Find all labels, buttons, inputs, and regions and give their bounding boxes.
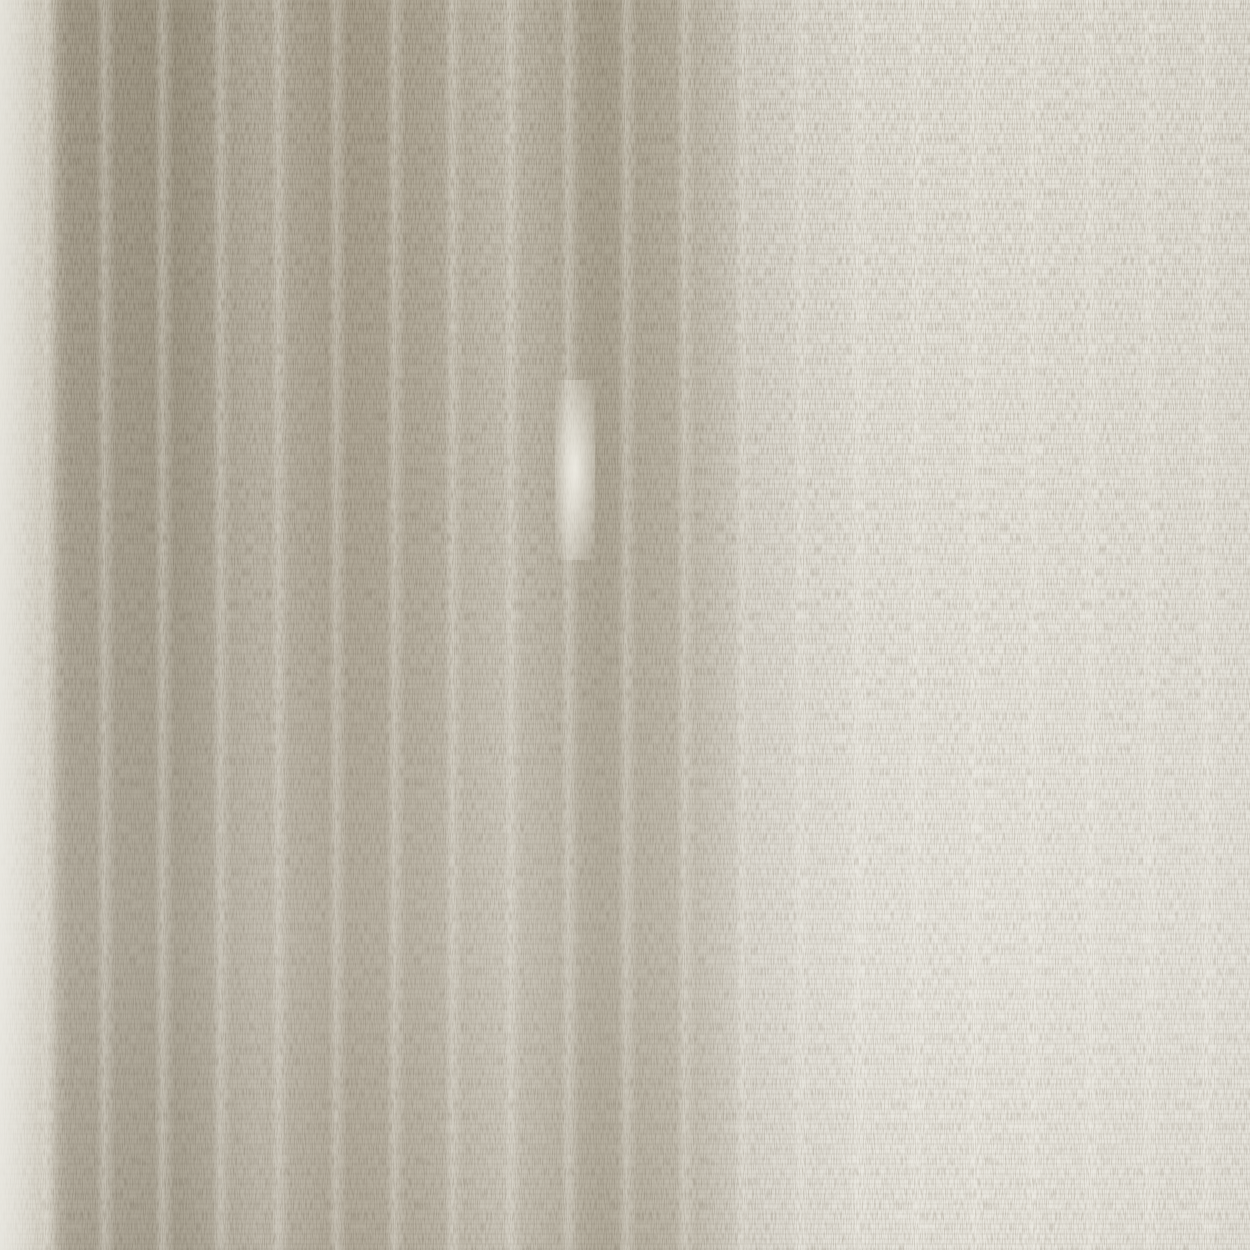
fabric-texture-photo xyxy=(0,0,1250,1250)
vertical-light-falloff xyxy=(0,0,1250,1250)
